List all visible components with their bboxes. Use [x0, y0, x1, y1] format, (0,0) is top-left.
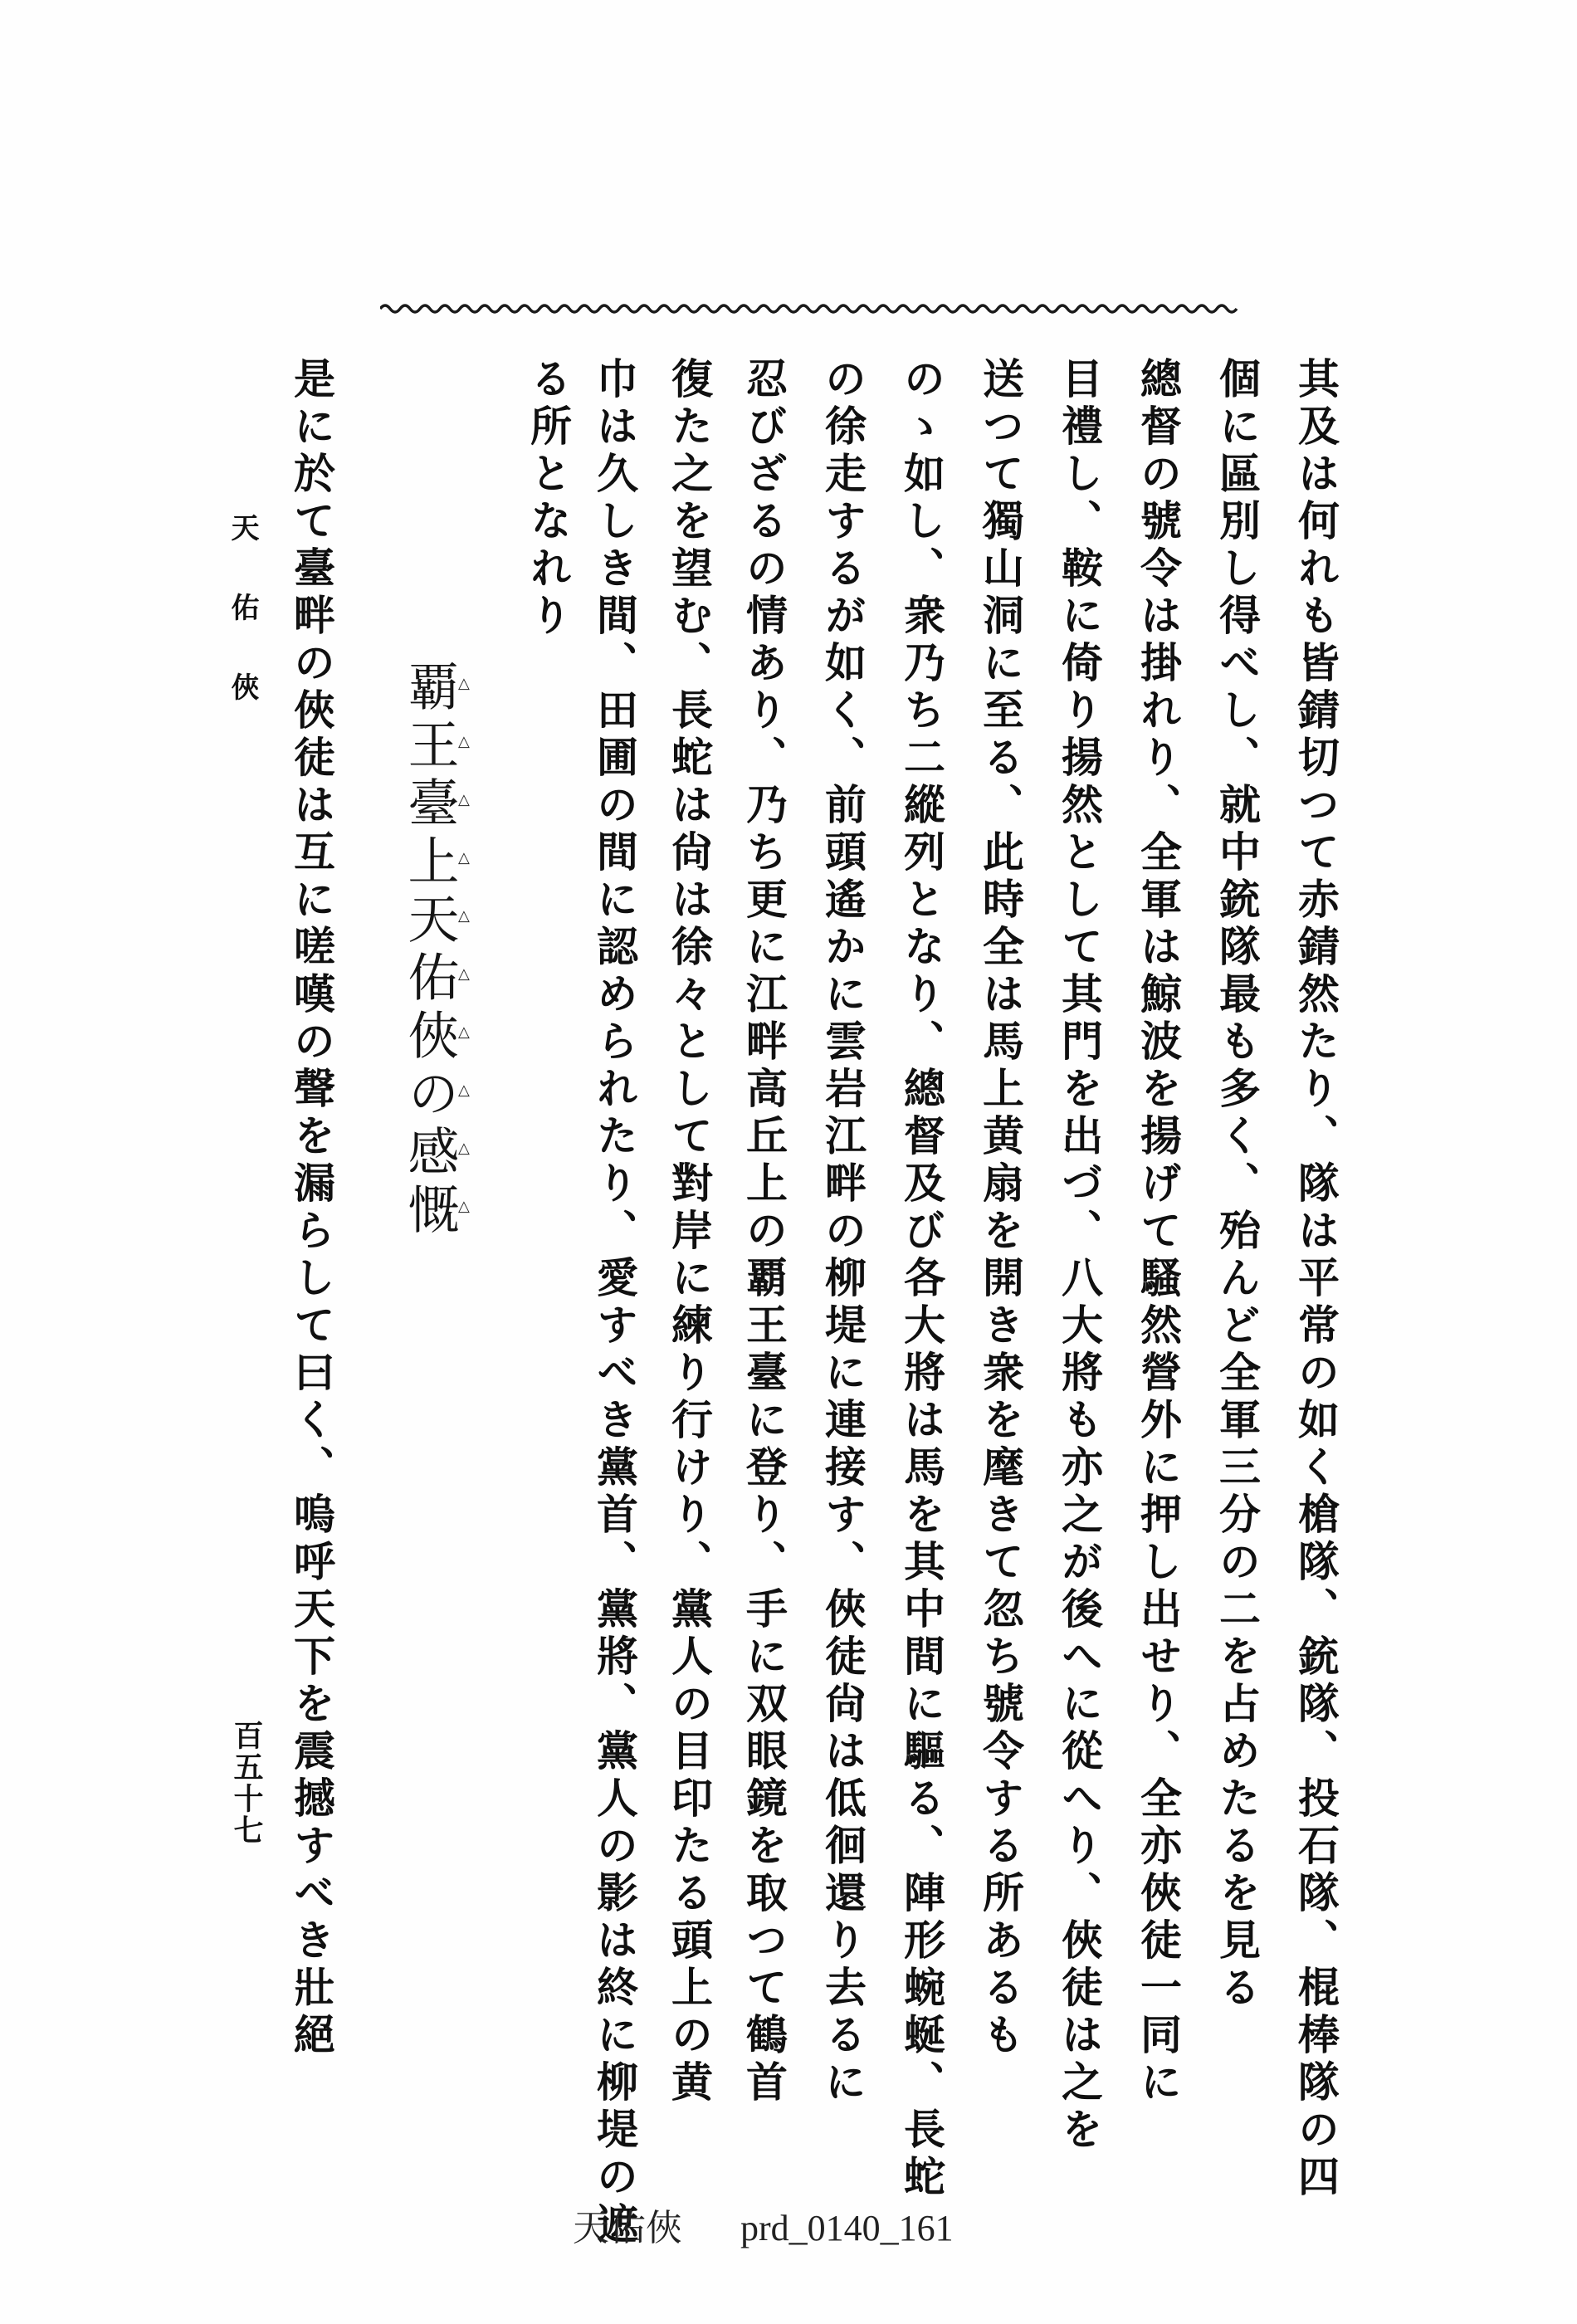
text-column-6: のゝ如し、衆乃ち二縱列となり、總督及び各大將は馬を其中間に驅る、陣形蜿蜒、長蛇: [896, 357, 946, 2202]
emphasis-mark-icon: △: [458, 1141, 483, 1199]
emphasis-mark-icon: △: [458, 851, 483, 909]
emphasis-mark-icon: △: [458, 1199, 483, 1257]
text-column-11: る所となれり: [523, 357, 573, 641]
text-column-3: 總督の號令は掛れり、全軍は鯨波を揚げて騷然營外に押し出せり、全亦俠徒一同に: [1133, 357, 1183, 2107]
text-column-1: 其及は何れも皆錆切つて赤錆然たり、隊は平常の如く槍隊、銃隊、投石隊、棍棒隊の四: [1291, 357, 1340, 2202]
book-page: 其及は何れも皆錆切つて赤錆然たり、隊は平常の如く槍隊、銃隊、投石隊、棍棒隊の四 …: [0, 0, 1577, 2324]
text-column-8: 忍びざるの情あり、乃ち更に江畔高丘上の覇王臺に登り、手に双眼鏡を取つて鶴首: [739, 357, 788, 2107]
text-column-5: 送つて獨山洞に至る、此時全は馬上黄扇を開き衆を麾きて忽ち號令する所あるも: [975, 357, 1025, 2060]
section-heading: 覇王臺上天佑俠の感慨: [400, 660, 458, 1241]
footer-caption: 天佑俠prd_0140_161: [573, 2198, 954, 2251]
text-column-4: 目禮し、鞍に倚り揚然として其門を出づ、八大將も亦之が後へに從へり、俠徒は之を: [1054, 357, 1104, 2155]
emphasis-mark-icon: △: [458, 1025, 483, 1083]
text-column-10: 巾は久しき間、田圃の間に認められたり、愛すべき黨首、黨將、黨人の影は終に柳堤の遮: [589, 357, 639, 2249]
text-column-7: の徐走するが如く、前頭遙かに雲岩江畔の柳堤に連接す、俠徒尙は低徊還り去るに: [818, 357, 867, 2107]
emphasis-marks: △ △ △ △ △ △ △ △ △ △: [458, 676, 483, 1257]
text-column-12: 是に於て臺畔の俠徒は互に嗟嘆の聲を漏らして曰く、嗚呼天下を震撼すべき壯絕: [286, 357, 336, 2060]
running-head: 天佑俠: [222, 513, 263, 752]
wavy-divider: [380, 300, 1239, 317]
emphasis-mark-icon: △: [458, 967, 483, 1025]
footer-id: prd_0140_161: [740, 2208, 954, 2248]
emphasis-mark-icon: △: [458, 909, 483, 967]
emphasis-mark-icon: △: [458, 1083, 483, 1141]
page-number: 百五十七: [226, 1720, 268, 1846]
emphasis-mark-icon: △: [458, 676, 483, 735]
text-column-2: 個に區別し得べし、就中銃隊最も多く、殆んど全軍三分の二を占めたるを見る: [1212, 357, 1262, 2013]
emphasis-mark-icon: △: [458, 793, 483, 851]
emphasis-mark-icon: △: [458, 735, 483, 793]
footer-title: 天佑俠: [573, 2208, 682, 2248]
text-column-9: 復た之を望む、長蛇は尙は徐々として對岸に練り行けり、黨人の目印たる頭上の黄: [664, 357, 714, 2107]
